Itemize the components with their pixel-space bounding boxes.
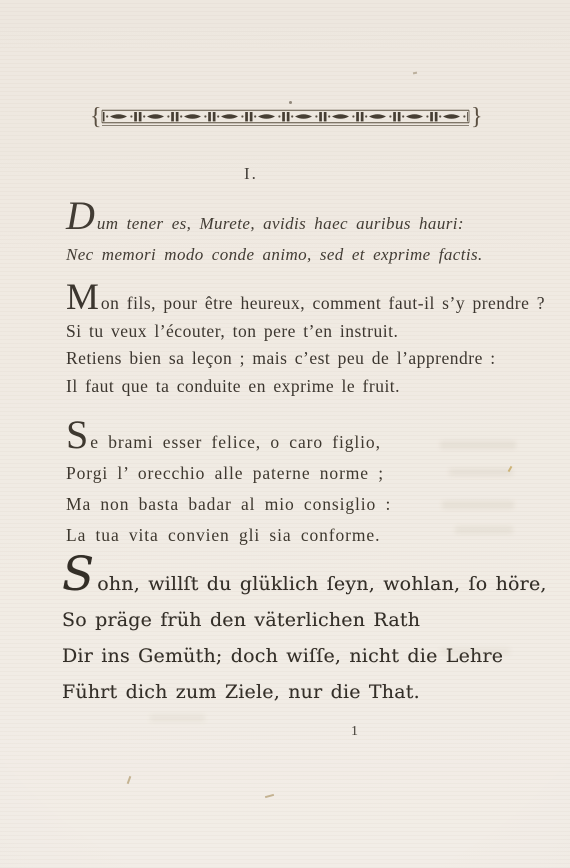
verse-line: So präge früh den väterlichen Rath	[62, 602, 547, 638]
drop-cap-french: M	[66, 277, 99, 318]
show-through-mark	[440, 441, 516, 449]
paper-speck	[413, 72, 417, 75]
drop-cap-italian: S	[66, 412, 88, 457]
stanza-german: Sohn, willſt du glüklich ſeyn, wohlan, ſ…	[62, 566, 547, 710]
stanza-italian: Se brami esser felice, o caro figlio, Po…	[66, 427, 391, 551]
verse-line: Retiens bien sa leçon ; mais c’est peu d…	[66, 345, 545, 373]
svg-text:}: }	[471, 106, 482, 130]
show-through-mark	[455, 526, 513, 534]
verse-line: Ma non basta badar al mio consiglio :	[66, 489, 391, 520]
show-through-mark	[442, 501, 514, 509]
book-page: { } I. Dum tener es, Murete, avidis haec…	[0, 0, 570, 868]
drop-cap-latin: D	[66, 193, 95, 238]
show-through-mark	[150, 714, 205, 722]
verse-line: Porgi l’ orecchio alle paterne norme ;	[66, 458, 391, 489]
section-number: I.	[244, 164, 258, 184]
paper-speck	[127, 776, 132, 784]
verse-line: Nec memori modo conde animo, sed et expr…	[66, 239, 483, 270]
svg-text:{: {	[92, 106, 102, 130]
verse-line: Dir ins Gemüth; doch wiſſe, nicht die Le…	[62, 638, 547, 674]
paper-speck	[508, 466, 513, 472]
stanza-latin: Dum tener es, Murete, avidis haec auribu…	[66, 208, 483, 270]
paper-speck	[289, 101, 292, 104]
verse-line: Il faut que ta conduite en exprime le fr…	[66, 373, 545, 401]
verse-line: on fils, pour être heureux, comment faut…	[101, 293, 545, 313]
drop-cap-german: S	[62, 547, 94, 602]
verse-line: Führt dich zum Ziele, nur die That.	[62, 674, 547, 710]
verse-line: e brami esser felice, o caro figlio,	[90, 432, 381, 452]
ornament-band-icon: { }	[92, 106, 482, 130]
show-through-mark	[449, 468, 513, 476]
page-number: 1	[351, 724, 359, 740]
stanza-french: Mon fils, pour être heureux, comment fau…	[66, 290, 545, 400]
paper-speck	[265, 794, 274, 798]
verse-line: um tener es, Murete, avidis haec auribus…	[97, 214, 464, 233]
verse-line: La tua vita convien gli sia conforme.	[66, 520, 391, 551]
verse-line: ohn, willſt du glüklich ſeyn, wohlan, ſo…	[97, 573, 546, 595]
verse-line: Si tu veux l’écouter, ton pere t’en inst…	[66, 318, 545, 346]
